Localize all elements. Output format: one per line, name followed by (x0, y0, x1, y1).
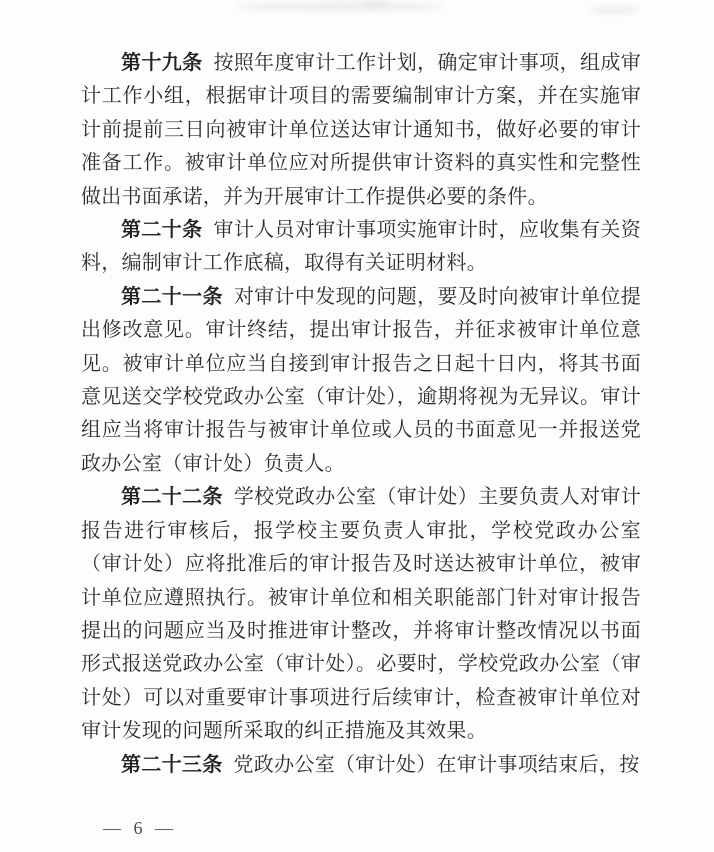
article-text: 党政办公室（审计处）在审计事项结束后，按 (234, 754, 640, 776)
article-text: 对审计中发现的问题，要及时向被审计单位提出修改意见。审计终结，提出审计报告，并征… (81, 286, 641, 475)
article-paragraph-20: 第二十条审计人员对审计事项实施审计时，应收集有关资料，编制审计工作底稿，取得有关… (81, 214, 641, 281)
article-number: 第二十条 (121, 219, 202, 241)
article-paragraph-21: 第二十一条对审计中发现的问题，要及时向被审计单位提出修改意见。审计终结，提出审计… (81, 281, 641, 481)
scan-artifact (360, 1, 388, 7)
article-number: 第二十二条 (121, 486, 223, 508)
scan-artifact (588, 6, 640, 14)
article-paragraph-22: 第二十二条学校党政办公室（审计处）主要负责人对审计报告进行审核后，报学校主要负责… (81, 481, 641, 748)
document-body: 第十九条按照年度审计工作计划，确定审计事项，组成审计工作小组，根据审计项目的需要… (81, 47, 641, 782)
article-number: 第二十三条 (121, 754, 223, 776)
article-number: 第二十一条 (121, 286, 223, 308)
article-number: 第十九条 (121, 52, 202, 74)
scan-artifact (235, 2, 445, 11)
document-page: 第十九条按照年度审计工作计划，确定审计事项，组成审计工作小组，根据审计项目的需要… (0, 0, 714, 852)
article-text: 学校党政办公室（审计处）主要负责人对审计报告进行审核后，报学校主要负责人审批，学… (81, 486, 641, 742)
article-text: 按照年度审计工作计划，确定审计事项，组成审计工作小组，根据审计项目的需要编制审计… (81, 52, 641, 208)
article-paragraph-23: 第二十三条党政办公室（审计处）在审计事项结束后，按 (81, 749, 641, 782)
article-paragraph-19: 第十九条按照年度审计工作计划，确定审计事项，组成审计工作小组，根据审计项目的需要… (81, 47, 641, 214)
page-number: — 6 — (103, 818, 177, 839)
